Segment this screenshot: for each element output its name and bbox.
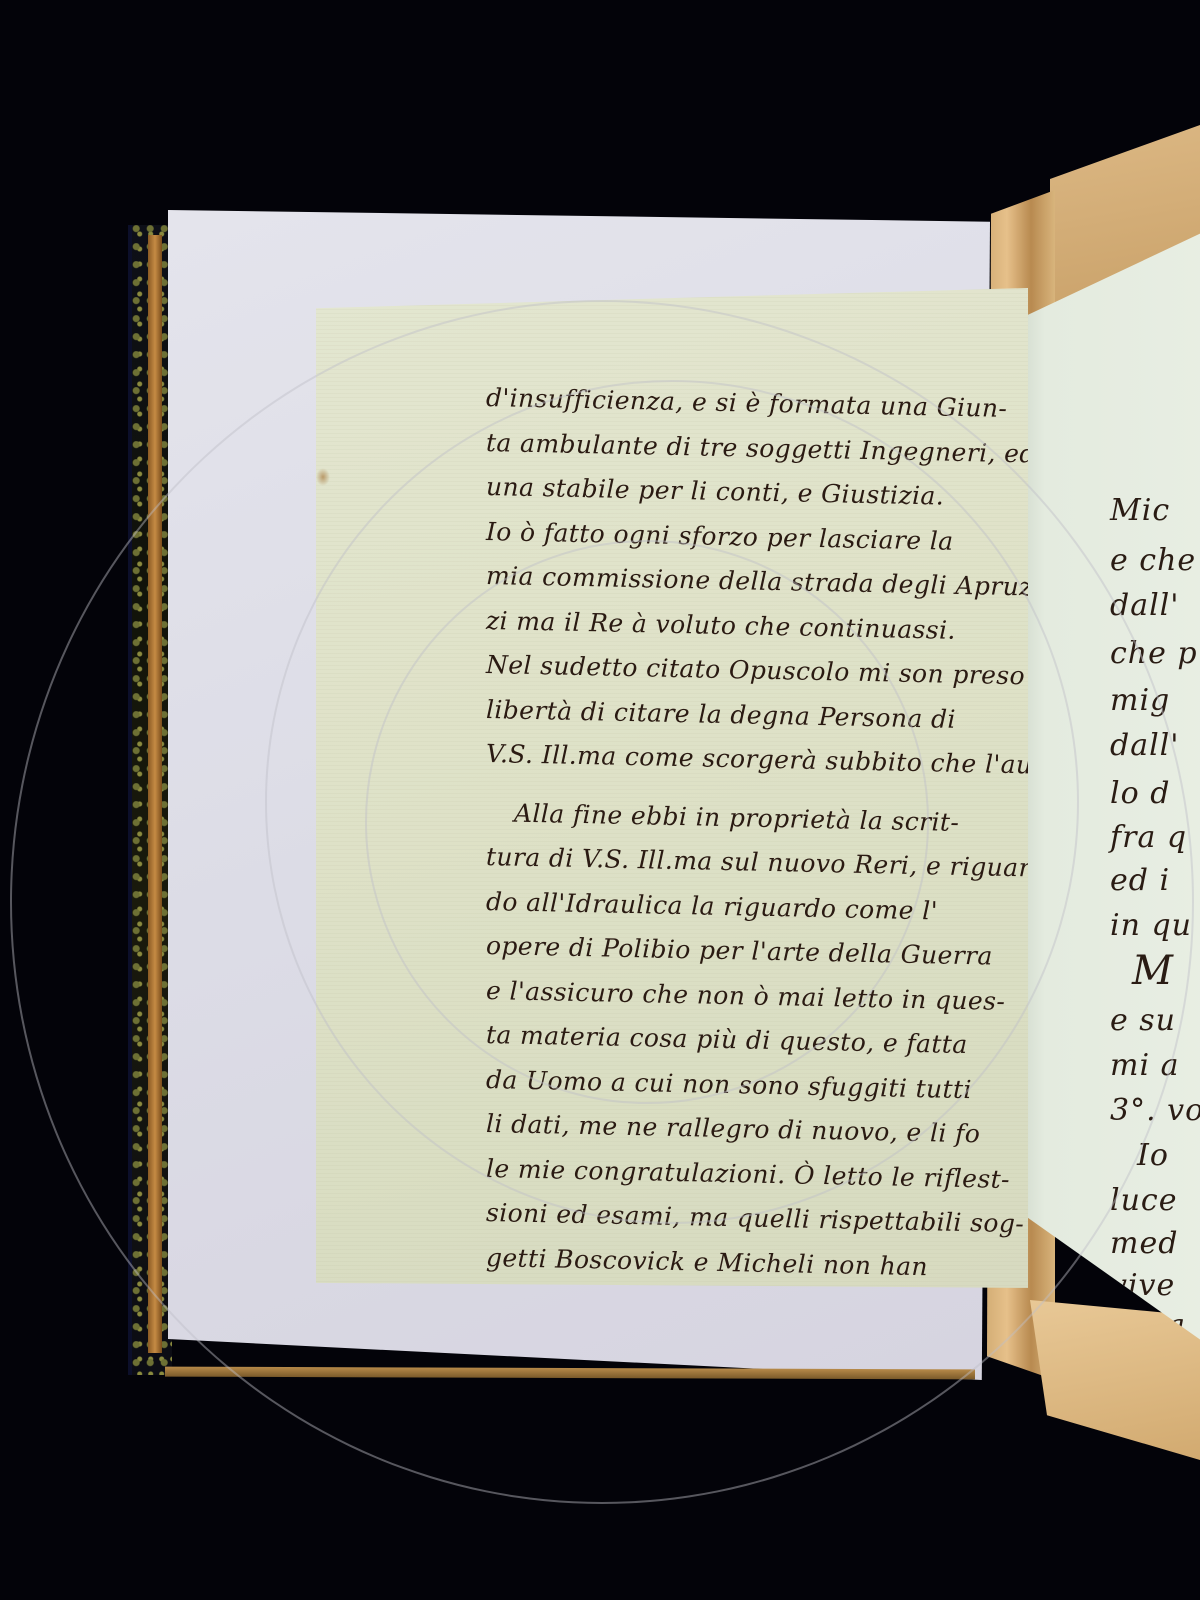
right-line: dall' — [1110, 728, 1180, 763]
right-line: mig — [1110, 683, 1170, 718]
right-line: e su — [1110, 1003, 1176, 1038]
right-line: luce — [1110, 1183, 1177, 1218]
right-line: dall' — [1110, 588, 1180, 623]
book-bottom-edge — [165, 1367, 975, 1380]
right-line: che p — [1110, 636, 1198, 671]
right-line: in qu — [1110, 908, 1192, 943]
right-line: lo d — [1110, 776, 1170, 811]
right-line: 3°. vo — [1110, 1093, 1200, 1128]
right-line: e che — [1110, 543, 1196, 578]
manuscript-letter: d'insufficienza, e si è formata una Giun… — [316, 288, 1028, 1298]
right-line: mi a — [1110, 1048, 1179, 1083]
photograph-scene: Mic e che dall' che p mig dall' lo d fra… — [0, 0, 1200, 1600]
right-line: ed i — [1110, 863, 1170, 898]
right-line: Io — [1137, 1138, 1169, 1173]
right-line: vive — [1110, 1268, 1175, 1303]
torn-paper-bottom — [1030, 1300, 1200, 1460]
handwritten-text: d'insufficienza, e si è formata una Giun… — [486, 376, 1026, 1369]
book-board-edge — [148, 235, 162, 1353]
paper-stain — [316, 468, 330, 486]
right-line: fra q — [1110, 820, 1187, 855]
right-facing-page: Mic e che dall' che p mig dall' lo d fra… — [1022, 228, 1200, 1348]
right-line: Mic — [1110, 493, 1170, 528]
right-line: med — [1110, 1226, 1178, 1261]
right-line: M — [1132, 948, 1174, 994]
